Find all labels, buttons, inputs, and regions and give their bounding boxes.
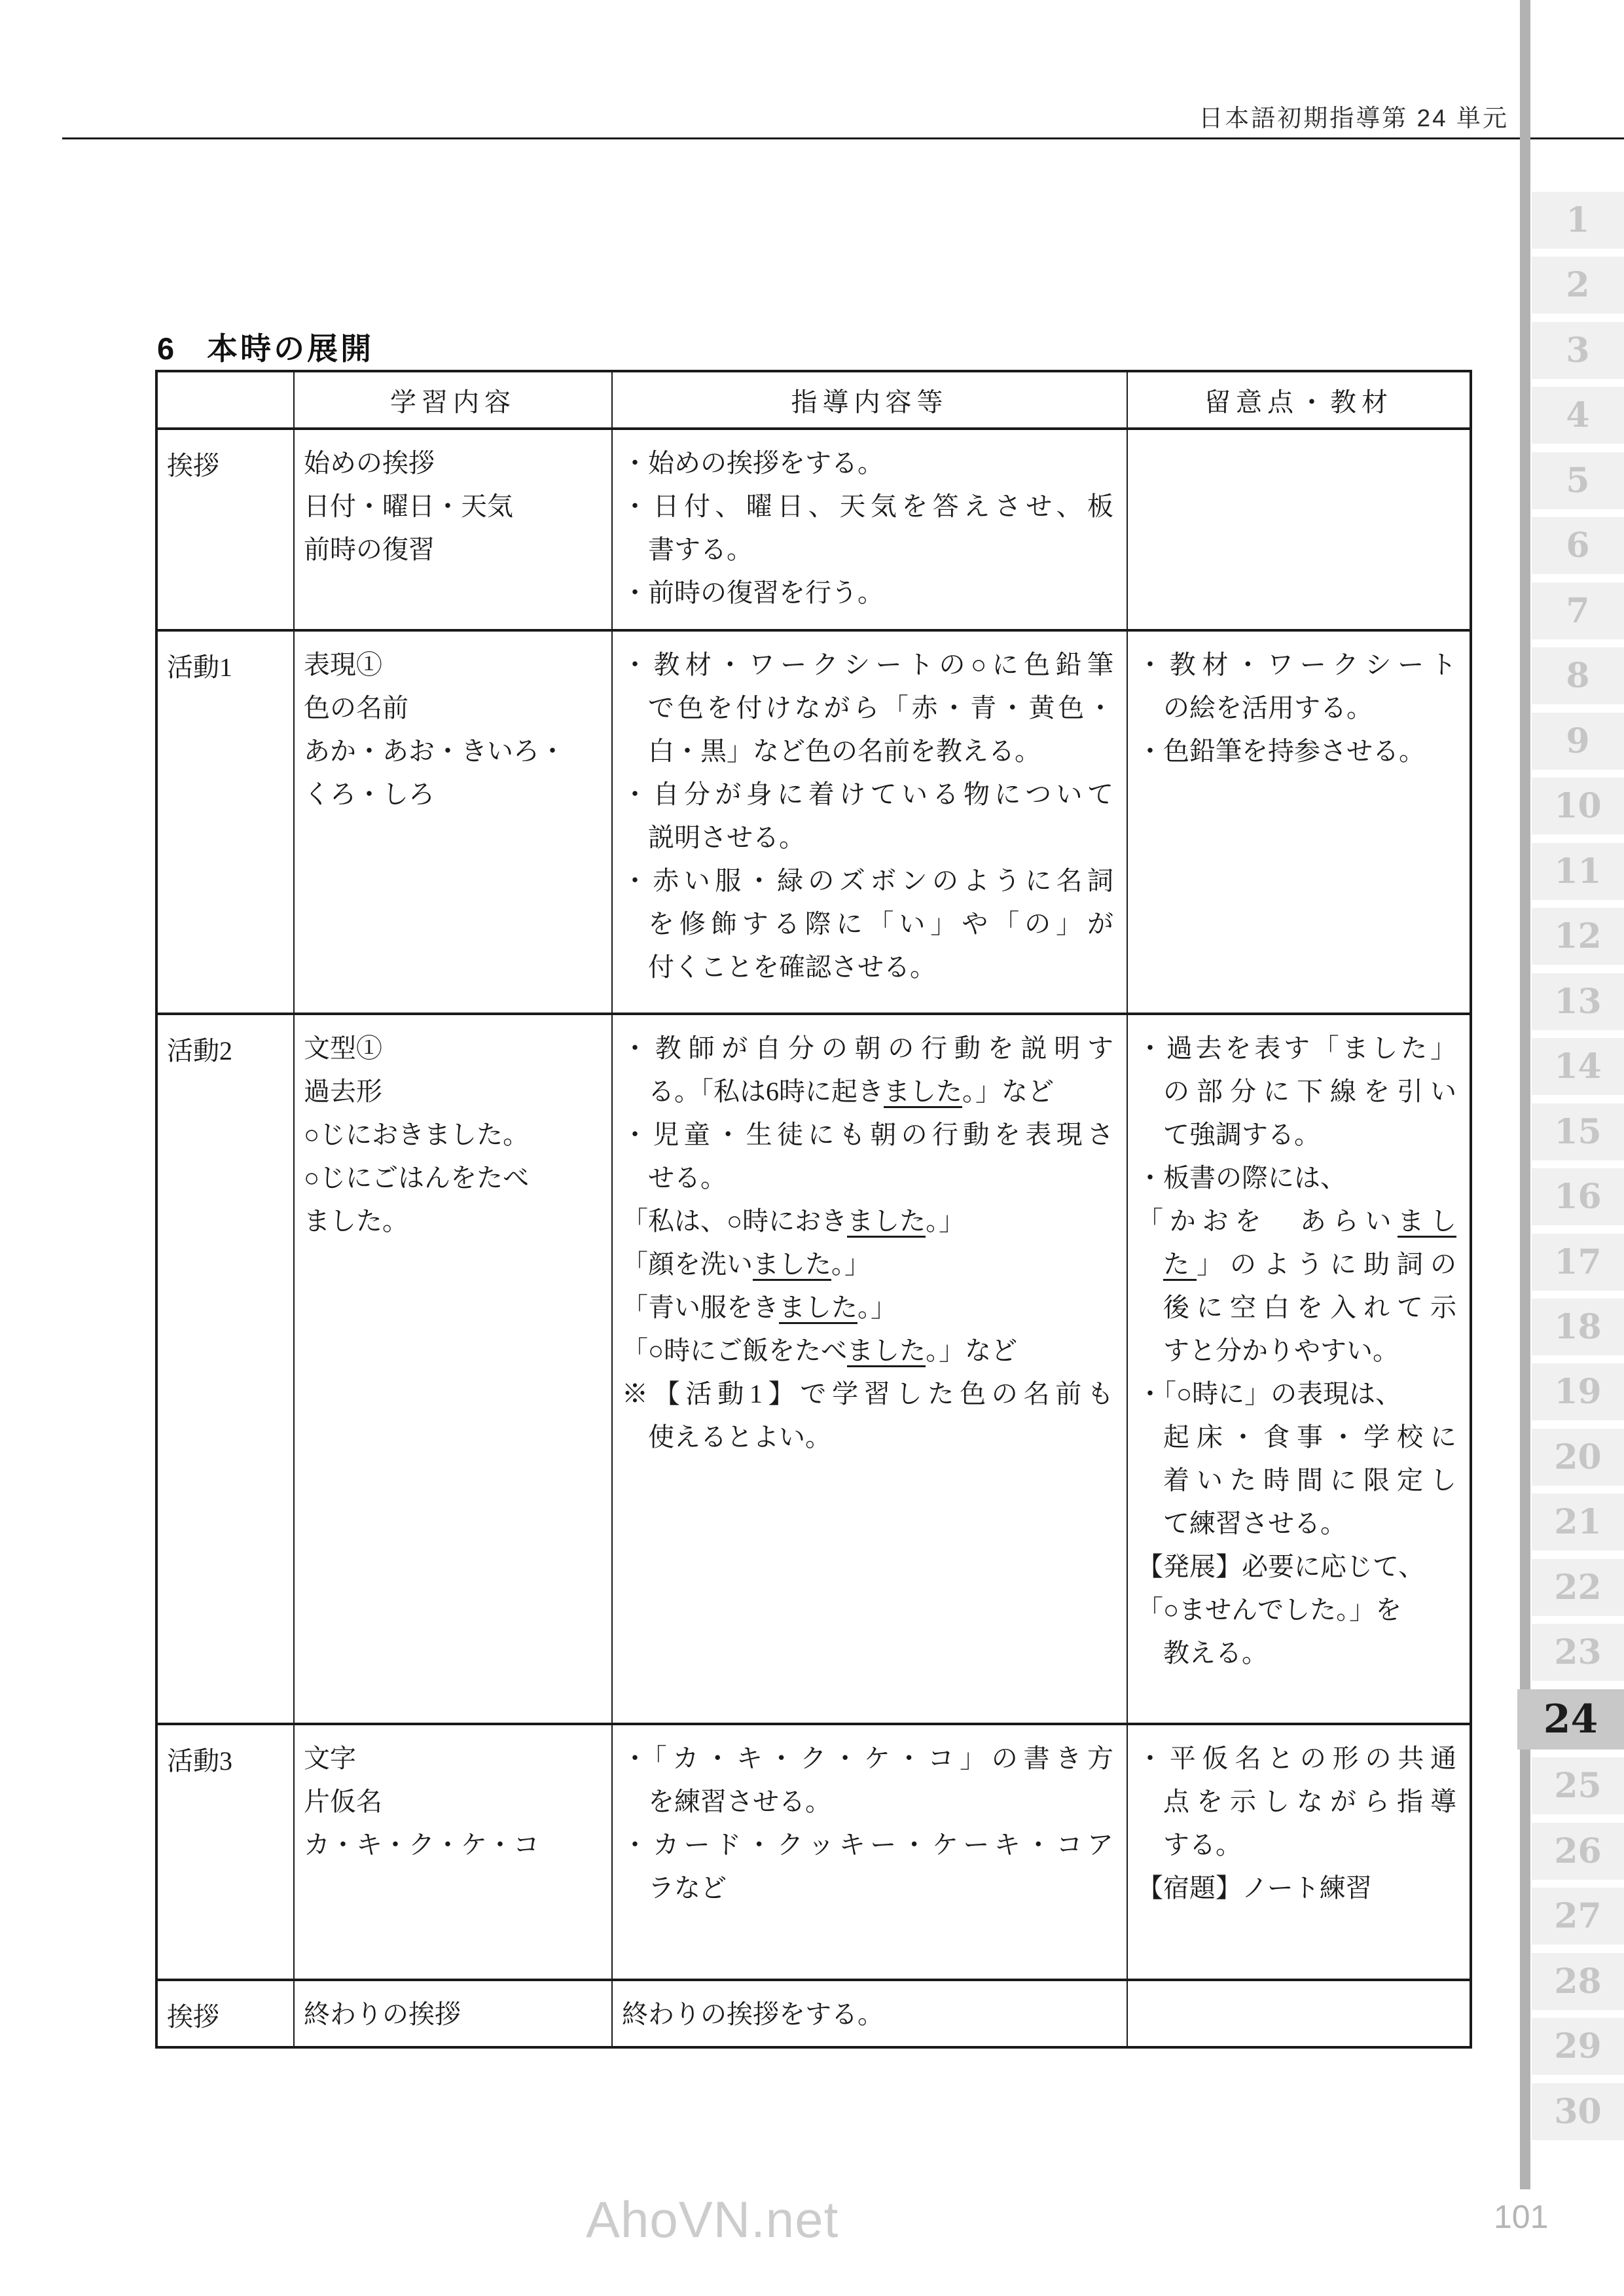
text-line: を修飾する際に「い」や「の」が (622, 903, 1113, 946)
text-segment: 「青い服をき (622, 1293, 779, 1322)
text-segment: ・日付、曜日、天気を答えさせ、板 (622, 492, 1113, 521)
text-line: くろ・しろ (304, 773, 598, 816)
cell-instruction-content: ・始めの挨拶をする。・日付、曜日、天気を答えさせ、板書する。・前時の復習を行う。 (612, 429, 1127, 630)
cell-learning-content: 終わりの挨拶 (294, 1980, 612, 2047)
table-row-活動1-1: 活動1表現①色の名前あか・あお・きいろ・くろ・しろ・教材・ワークシートの○に色鉛… (156, 630, 1471, 1014)
cell-notes-materials: ・教材・ワークシートの絵を活用する。・色鉛筆を持参させる。 (1127, 630, 1471, 1014)
text-line: 文字 (304, 1737, 598, 1780)
text-segment: 。」 (926, 1206, 965, 1236)
text-line: ・前時の復習を行う。 (622, 571, 1113, 615)
text-segment: 表現① (304, 650, 382, 679)
text-line: ・「カ・キ・ク・ケ・コ」の書き方 (622, 1737, 1113, 1780)
cell-learning-content: 表現①色の名前あか・あお・きいろ・くろ・しろ (294, 630, 612, 1014)
text-segment: で色を付けながら「赤・青・黄色・ (648, 693, 1113, 723)
text-segment: ・児童・生徒にも朝の行動を表現さ (622, 1120, 1113, 1149)
text-line: せる。 (622, 1157, 1113, 1200)
text-segment: て練習させる。 (1163, 1509, 1346, 1538)
text-segment: ・前時の復習を行う。 (622, 578, 884, 607)
text-segment: 文型① (304, 1033, 382, 1063)
text-line: カ・キ・ク・ケ・コ (304, 1823, 598, 1867)
text-segment: ・カード・クッキー・ケーキ・コア (622, 1830, 1113, 1859)
text-segment: 前時の復習 (304, 535, 435, 564)
unit-tab-16[interactable]: 16 (1532, 1168, 1624, 1225)
phase-label-text: 活動2 (158, 1015, 293, 1079)
text-line: 「○ませんでした。」を (1137, 1588, 1456, 1632)
unit-tab-26[interactable]: 26 (1532, 1823, 1624, 1880)
cell-notes-materials-body: ・平仮名との形の共通点を示しながら指導する。【宿題】ノート練習 (1128, 1725, 1470, 1916)
text-segment: 「○ませんでした。」を (1137, 1595, 1401, 1624)
unit-tab-21[interactable]: 21 (1532, 1494, 1624, 1551)
cell-notes-materials-body: ・教材・ワークシートの絵を活用する。・色鉛筆を持参させる。 (1128, 632, 1470, 780)
unit-tab-14[interactable]: 14 (1532, 1038, 1624, 1095)
header-row: 学習内容指導内容等留意点・教材 (156, 371, 1471, 429)
unit-tab-24[interactable]: 24 (1517, 1689, 1624, 1749)
text-line: の絵を活用する。 (1137, 687, 1456, 730)
text-segment: ・自分が身に着けている物について (622, 780, 1113, 809)
text-line: 日付・曜日・天気 (304, 485, 598, 528)
text-segment: 「私は、○時におき (622, 1206, 847, 1236)
text-segment: ・教師が自分の朝の行動を説明す (622, 1033, 1113, 1063)
text-segment: 過去形 (304, 1077, 382, 1106)
text-line: 文型① (304, 1027, 598, 1070)
text-segment: 書する。 (648, 535, 753, 564)
column-header-1: 学習内容 (294, 371, 612, 429)
unit-tab-17[interactable]: 17 (1532, 1234, 1624, 1291)
text-line: ・板書の際には、 (1137, 1157, 1456, 1200)
text-segment: ・教材・ワークシートの○に色鉛筆 (622, 650, 1113, 679)
cell-instruction-content-body: ・「カ・キ・ク・ケ・コ」の書き方を練習させる。・カード・クッキー・ケーキ・コアラ… (613, 1725, 1127, 1916)
section-title: 6本時の展開 (157, 325, 374, 368)
text-line: 教える。 (1137, 1632, 1456, 1675)
text-segment: 説明させる。 (648, 823, 805, 852)
text-segment: せる。 (648, 1163, 727, 1193)
text-segment: 点を示しながら指導 (1163, 1787, 1456, 1816)
text-segment: 日付・曜日・天気 (304, 492, 513, 521)
text-line: ・教材・ワークシートの○に色鉛筆 (622, 643, 1113, 687)
unit-tab-13[interactable]: 13 (1532, 973, 1624, 1030)
text-segment: 。」 (831, 1249, 871, 1279)
text-segment: 「○時にご飯をたべ (622, 1336, 847, 1365)
text-segment: くろ・しろ (304, 780, 435, 809)
unit-tab-11[interactable]: 11 (1532, 843, 1624, 900)
text-line: 着いた時間に限定し (1137, 1459, 1456, 1502)
cell-notes-materials-body (1128, 430, 1470, 448)
text-segment: 白・黒」など色の名前を教える。 (648, 736, 1041, 766)
text-segment: ・「○時に」の表現は、 (1137, 1379, 1401, 1408)
cell-instruction-content: ・教材・ワークシートの○に色鉛筆で色を付けながら「赤・青・黄色・白・黒」など色の… (612, 630, 1127, 1014)
text-segment: ・「カ・キ・ク・ケ・コ」の書き方 (622, 1744, 1113, 1773)
text-line: る。「私は6時に起きました。」など (622, 1070, 1113, 1113)
text-segment: 着いた時間に限定し (1163, 1465, 1456, 1495)
text-line: 【宿題】ノート練習 (1137, 1867, 1456, 1910)
unit-tab-29[interactable]: 29 (1532, 2018, 1624, 2075)
text-segment: ・赤い服・緑のズボンのように名詞 (622, 866, 1113, 895)
text-segment: 「かおを あらい (1137, 1206, 1398, 1236)
text-line: の部分に下線を引い (1137, 1070, 1456, 1113)
text-line: ・日付、曜日、天気を答えさせ、板 (622, 485, 1113, 528)
cell-notes-materials (1127, 429, 1471, 630)
text-line: 書する。 (622, 528, 1113, 571)
text-segment: 。」など (962, 1077, 1054, 1106)
phase-label-text: 挨拶 (158, 430, 293, 494)
cell-instruction-content-body: ・教材・ワークシートの○に色鉛筆で色を付けながら「赤・青・黄色・白・黒」など色の… (613, 632, 1127, 996)
text-line: ○じにごはんをたべ (304, 1157, 598, 1200)
column-header-2: 指導内容等 (612, 371, 1127, 429)
text-line: ました。 (304, 1200, 598, 1243)
cell-notes-materials: ・平仮名との形の共通点を示しながら指導する。【宿題】ノート練習 (1127, 1724, 1471, 1980)
watermark: AhoVN.net (586, 2190, 839, 2250)
cell-instruction-content: ・教師が自分の朝の行動を説明する。「私は6時に起きました。」など・児童・生徒にも… (612, 1014, 1127, 1724)
text-segment: 文字 (304, 1744, 356, 1773)
cell-notes-materials-body: ・過去を表す「ました」の部分に下線を引いて強調する。・板書の際には、「かおを あ… (1128, 1015, 1470, 1681)
text-line: 使えるとよい。 (622, 1416, 1113, 1459)
text-line: 付くことを確認させる。 (622, 946, 1113, 989)
text-line: ※【活動1】で学習した色の名前も (622, 1372, 1113, 1416)
unit-tab-7[interactable]: 7 (1532, 583, 1624, 639)
cell-learning-content: 文型①過去形○じにおきました。○じにごはんをたべました。 (294, 1014, 612, 1724)
text-line: 過去形 (304, 1070, 598, 1113)
header-rule (62, 137, 1624, 139)
text-segment: て強調する。 (1163, 1120, 1320, 1149)
text-line: ・教師が自分の朝の行動を説明す (622, 1027, 1113, 1070)
underlined-text: ました (753, 1249, 831, 1281)
text-line: で色を付けながら「赤・青・黄色・ (622, 687, 1113, 730)
underlined-text: ました (847, 1206, 926, 1238)
text-segment: ・色鉛筆を持参させる。 (1137, 736, 1425, 766)
text-line: ・平仮名との形の共通 (1137, 1737, 1456, 1780)
text-line: 終わりの挨拶 (304, 1993, 598, 2036)
text-line: 始めの挨拶 (304, 442, 598, 485)
unit-tab-19[interactable]: 19 (1532, 1363, 1624, 1420)
text-line: ・赤い服・緑のズボンのように名詞 (622, 859, 1113, 903)
cell-notes-materials (1127, 1980, 1471, 2047)
text-segment: 始めの挨拶 (304, 448, 435, 478)
cell-learning-content-body: 文型①過去形○じにおきました。○じにごはんをたべました。 (295, 1015, 611, 1249)
unit-tab-12[interactable]: 12 (1532, 908, 1624, 965)
unit-tab-8[interactable]: 8 (1532, 647, 1624, 704)
cell-phase-label: 活動3 (156, 1724, 294, 1980)
cell-notes-materials: ・過去を表す「ました」の部分に下線を引いて強調する。・板書の際には、「かおを あ… (1127, 1014, 1471, 1724)
unit-tab-4[interactable]: 4 (1532, 387, 1624, 444)
text-segment: ○じにごはんをたべ (304, 1163, 529, 1193)
text-segment: 「顔を洗い (622, 1249, 753, 1279)
unit-tab-28[interactable]: 28 (1532, 1953, 1624, 2010)
text-segment: ※【活動1】で学習した色の名前も (622, 1379, 1113, 1408)
unit-tab-18[interactable]: 18 (1532, 1299, 1624, 1355)
text-line: 「私は、○時におきました。」 (622, 1200, 1113, 1243)
text-segment: 後に空白を入れて示 (1163, 1293, 1456, 1322)
table-row-挨拶-0: 挨拶始めの挨拶日付・曜日・天気前時の復習・始めの挨拶をする。・日付、曜日、天気を… (156, 429, 1471, 630)
text-line: 【発展】必要に応じて、 (1137, 1545, 1456, 1588)
text-segment: 終わりの挨拶をする。 (622, 2000, 884, 2029)
text-segment: 。」 (857, 1293, 897, 1322)
text-line: する。 (1137, 1823, 1456, 1867)
text-line: すと分かりやすい。 (1137, 1329, 1456, 1372)
underlined-text: ました (779, 1293, 857, 1324)
column-header-3: 留意点・教材 (1127, 371, 1471, 429)
cell-instruction-content-body: 終わりの挨拶をする。 (613, 1981, 1127, 2043)
cell-learning-content: 始めの挨拶日付・曜日・天気前時の復習 (294, 429, 612, 630)
text-segment: 【発展】必要に応じて、 (1137, 1552, 1424, 1581)
page-number: 101 (1494, 2198, 1572, 2236)
text-line: 「青い服をきました。」 (622, 1286, 1113, 1329)
cell-phase-label: 挨拶 (156, 429, 294, 630)
cell-learning-content-body: 文字片仮名カ・キ・ク・ケ・コ (295, 1725, 611, 1873)
cell-instruction-content-body: ・始めの挨拶をする。・日付、曜日、天気を答えさせ、板書する。・前時の復習を行う。 (613, 430, 1127, 621)
text-line: ・自分が身に着けている物について (622, 773, 1113, 816)
sidebar-rail (1520, 0, 1530, 2189)
underlined-text: ました (847, 1336, 926, 1367)
text-line: 片仮名 (304, 1780, 598, 1823)
text-line: 「○時にご飯をたべました。」など (622, 1329, 1113, 1372)
unit-tab-2[interactable]: 2 (1532, 257, 1624, 314)
unit-tab-30[interactable]: 30 (1532, 2083, 1624, 2140)
text-segment: の部分に下線を引い (1163, 1077, 1456, 1106)
cell-phase-label: 活動1 (156, 630, 294, 1014)
unit-tab-9[interactable]: 9 (1532, 713, 1624, 770)
text-line: ○じにおきました。 (304, 1113, 598, 1157)
text-line: 説明させる。 (622, 816, 1113, 859)
text-line: 後に空白を入れて示 (1137, 1286, 1456, 1329)
text-line: 起床・食事・学校に (1137, 1416, 1456, 1459)
unit-tab-23[interactable]: 23 (1532, 1624, 1624, 1681)
text-line: 「顔を洗いました。」 (622, 1243, 1113, 1286)
phase-label-text: 活動1 (158, 632, 293, 696)
lesson-plan-table: 学習内容指導内容等留意点・教材 挨拶始めの挨拶日付・曜日・天気前時の復習・始めの… (155, 370, 1472, 2049)
text-segment: ・教材・ワークシート (1137, 650, 1456, 679)
text-segment: を修飾する際に「い」や「の」が (648, 909, 1113, 939)
unit-tab-22[interactable]: 22 (1532, 1559, 1624, 1616)
text-line: て練習させる。 (1137, 1502, 1456, 1545)
text-segment: する。 (1163, 1830, 1242, 1859)
cell-instruction-content-body: ・教師が自分の朝の行動を説明する。「私は6時に起きました。」など・児童・生徒にも… (613, 1015, 1127, 1465)
text-line: ・児童・生徒にも朝の行動を表現さ (622, 1113, 1113, 1157)
unit-tab-27[interactable]: 27 (1532, 1888, 1624, 1945)
unit-header-label: 日本語初期指導第 24 単元 (785, 98, 1509, 134)
unit-tab-10[interactable]: 10 (1532, 778, 1624, 834)
underlined-text: ました (884, 1077, 962, 1108)
text-segment: カ・キ・ク・ケ・コ (304, 1830, 539, 1859)
text-line: ・カード・クッキー・ケーキ・コア (622, 1823, 1113, 1867)
table-row-活動2-2: 活動2文型①過去形○じにおきました。○じにごはんをたべました。・教師が自分の朝の… (156, 1014, 1471, 1724)
section-title-text: 本時の展開 (207, 331, 374, 366)
section-number: 6 (157, 331, 177, 366)
underlined-text: まし (1398, 1206, 1456, 1238)
text-segment: 付くことを確認させる。 (648, 952, 936, 982)
cell-learning-content-body: 始めの挨拶日付・曜日・天気前時の復習 (295, 430, 611, 578)
column-header-0 (156, 371, 294, 429)
text-segment: の絵を活用する。 (1163, 693, 1373, 723)
text-segment: 起床・食事・学校に (1163, 1422, 1456, 1452)
unit-tab-6[interactable]: 6 (1532, 517, 1624, 574)
cell-instruction-content: ・「カ・キ・ク・ケ・コ」の書き方を練習させる。・カード・クッキー・ケーキ・コアラ… (612, 1724, 1127, 1980)
text-segment: ・板書の際には、 (1137, 1163, 1346, 1193)
text-segment: 片仮名 (304, 1787, 382, 1816)
text-segment: すと分かりやすい。 (1163, 1336, 1399, 1365)
text-segment: ・始めの挨拶をする。 (622, 448, 884, 478)
text-line: 終わりの挨拶をする。 (622, 1993, 1113, 2036)
text-line: ラなど (622, 1867, 1113, 1910)
text-line: ・「○時に」の表現は、 (1137, 1372, 1456, 1416)
cell-learning-content-body: 表現①色の名前あか・あお・きいろ・くろ・しろ (295, 632, 611, 823)
text-line: 白・黒」など色の名前を教える。 (622, 730, 1113, 773)
underlined-text: た (1163, 1249, 1197, 1281)
text-segment: 【宿題】ノート練習 (1137, 1873, 1372, 1903)
text-line: ・始めの挨拶をする。 (622, 442, 1113, 485)
text-line: ・過去を表す「ました」 (1137, 1027, 1456, 1070)
text-line: ・色鉛筆を持参させる。 (1137, 730, 1456, 773)
text-line: た」のように助詞の (1137, 1243, 1456, 1286)
unit-tab-20[interactable]: 20 (1532, 1429, 1624, 1486)
text-line: 点を示しながら指導 (1137, 1780, 1456, 1823)
text-segment: ラなど (648, 1873, 727, 1903)
text-line: 表現① (304, 643, 598, 687)
table-body: 挨拶始めの挨拶日付・曜日・天気前時の復習・始めの挨拶をする。・日付、曜日、天気を… (156, 429, 1471, 2047)
unit-tab-1[interactable]: 1 (1532, 192, 1624, 249)
text-line: あか・あお・きいろ・ (304, 730, 598, 773)
unit-tab-3[interactable]: 3 (1532, 322, 1624, 379)
text-segment: 色の名前 (304, 693, 408, 723)
table-head: 学習内容指導内容等留意点・教材 (156, 371, 1471, 429)
cell-notes-materials-body (1128, 1981, 1470, 2000)
text-segment: 使えるとよい。 (648, 1422, 831, 1452)
table-row-活動3-3: 活動3文字片仮名カ・キ・ク・ケ・コ・「カ・キ・ク・ケ・コ」の書き方を練習させる。… (156, 1724, 1471, 1980)
phase-label-text: 挨拶 (158, 1981, 293, 2045)
text-line: 前時の復習 (304, 528, 598, 571)
table-row-挨拶-4: 挨拶終わりの挨拶終わりの挨拶をする。 (156, 1980, 1471, 2047)
unit-tab-bar: 1234567891011121314151617181920212223242… (1532, 192, 1624, 2140)
unit-tab-15[interactable]: 15 (1532, 1103, 1624, 1160)
text-line: 色の名前 (304, 687, 598, 730)
text-segment: あか・あお・きいろ・ (304, 736, 566, 766)
text-line: ・教材・ワークシート (1137, 643, 1456, 687)
cell-learning-content: 文字片仮名カ・キ・ク・ケ・コ (294, 1724, 612, 1980)
cell-instruction-content: 終わりの挨拶をする。 (612, 1980, 1127, 2047)
text-segment: ・過去を表す「ました」 (1137, 1033, 1456, 1063)
text-segment: ・平仮名との形の共通 (1137, 1744, 1456, 1773)
unit-tab-25[interactable]: 25 (1532, 1757, 1624, 1814)
text-segment: 教える。 (1163, 1638, 1268, 1668)
text-line: 「かおを あらいまし (1137, 1200, 1456, 1243)
text-segment: る。「私は6時に起き (648, 1077, 884, 1106)
text-segment: を練習させる。 (648, 1787, 831, 1816)
text-segment: 終わりの挨拶 (304, 2000, 461, 2029)
cell-phase-label: 挨拶 (156, 1980, 294, 2047)
text-segment: 。」など (926, 1336, 1017, 1365)
phase-label-text: 活動3 (158, 1725, 293, 1789)
text-segment: ○じにおきました。 (304, 1120, 529, 1149)
text-segment: 」のように助詞の (1197, 1249, 1456, 1279)
cell-phase-label: 活動2 (156, 1014, 294, 1724)
text-line: を練習させる。 (622, 1780, 1113, 1823)
text-line: て強調する。 (1137, 1113, 1456, 1157)
unit-tab-5[interactable]: 5 (1532, 452, 1624, 509)
cell-learning-content-body: 終わりの挨拶 (295, 1981, 611, 2043)
text-segment: ました。 (304, 1206, 408, 1236)
